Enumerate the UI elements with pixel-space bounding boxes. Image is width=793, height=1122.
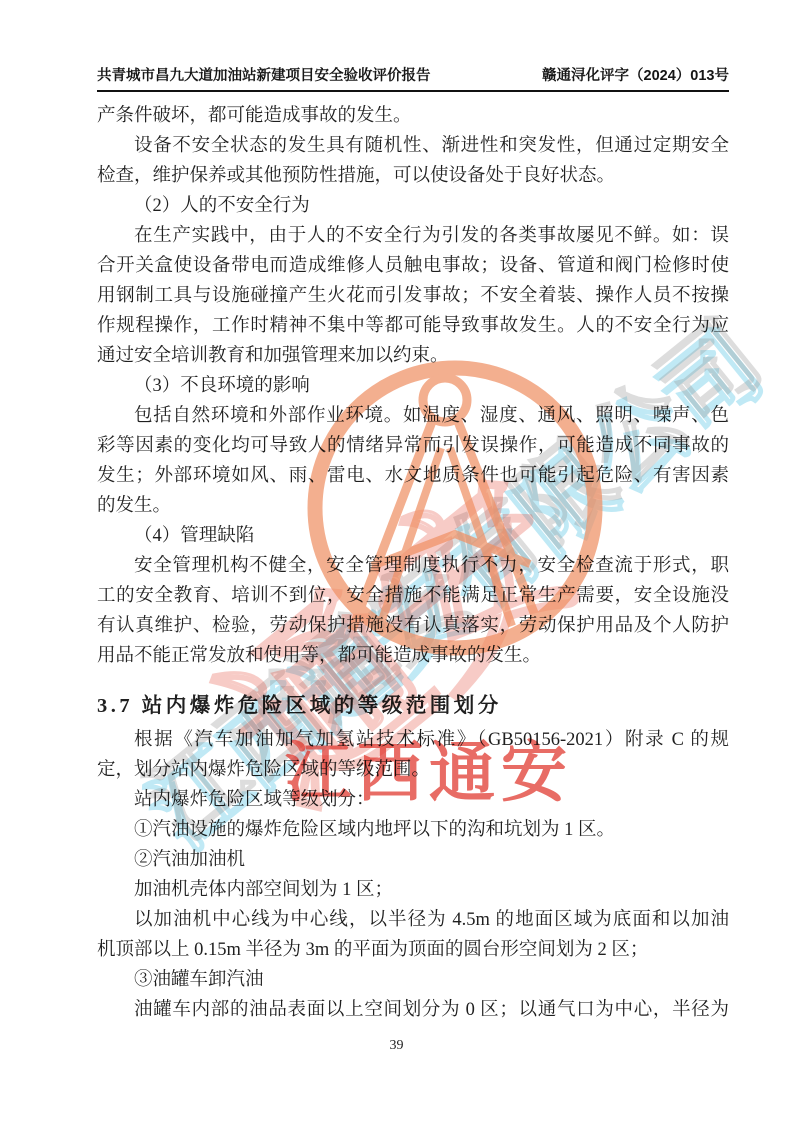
body-line: 彩等因素的变化均可导致人的情绪异常而引发误操作，可能造成不同事故的 [97,431,729,461]
body-line: （4）管理缺陷 [97,521,729,551]
header-report-title: 共青城市昌九大道加油站新建项目安全验收评价报告 [97,64,431,85]
body-line: 通过安全培训教育和加强管理来加以约束。 [97,341,729,371]
body-line: 包括自然环境和外部作业环境。如温度、湿度、通风、照明、噪声、色 [97,401,729,431]
body-line: 用品不能正常发放和使用等，都可能造成事故的发生。 [97,641,729,671]
body-line: ③油罐车卸汽油 [97,965,729,995]
page-header: 共青城市昌九大道加油站新建项目安全验收评价报告 赣通浔化评字（2024）013号 [97,64,729,92]
body-line: （2）人的不安全行为 [97,191,729,221]
body-line: 检查，维护保养或其他预防性措施，可以使设备处于良好状态。 [97,161,729,191]
body-line: 油罐车内部的油品表面以上空间划分为 0 区；以通气口为中心，半径为 [97,995,729,1025]
body-line: 机顶部以上 0.15m 半径为 3m 的平面为顶面的圆台形空间划为 2 区； [97,935,729,965]
body-line: 有认真维护、检验，劳动保护措施没有认真落实，劳动保护用品及个人防护 [97,611,729,641]
body-line: 合开关盒使设备带电而造成维修人员触电事故；设备、管道和阀门检修时使 [97,251,729,281]
body-line: 产条件破坏，都可能造成事故的发生。 [97,101,729,131]
body-line: 在生产实践中，由于人的不安全行为引发的各类事故屡见不鲜。如：误 [97,221,729,251]
body-line: 根据《汽车加油加气加氢站技术标准》（GB50156-2021）附录 C 的规 [97,725,729,755]
body-line: 加油机壳体内部空间划为 1 区； [97,875,729,905]
body-line: 的发生。 [97,491,729,521]
body-text: 产条件破坏，都可能造成事故的发生。设备不安全状态的发生具有随机性、渐进性和突发性… [97,101,729,1025]
body-line: 工的安全教育、培训不到位，安全措施不能满足正常生产需要，安全设施没 [97,581,729,611]
header-doc-number: 赣通浔化评字（2024）013号 [542,64,729,85]
body-line: 用钢制工具与设施碰撞产生火花而引发事故；不安全着装、操作人员不按操 [97,281,729,311]
body-line: （3）不良环境的影响 [97,371,729,401]
body-line: 定，划分站内爆炸危险区域的等级范围。 [97,755,729,785]
page-number: 39 [0,1038,793,1054]
report-page: 共青城市昌九大道加油站新建项目安全验收评价报告 赣通浔化评字（2024）013号… [0,0,793,1122]
body-line: ①汽油设施的爆炸危险区域内地坪以下的沟和坑划为 1 区。 [97,815,729,845]
body-line: 设备不安全状态的发生具有随机性、渐进性和突发性，但通过定期安全 [97,131,729,161]
body-line: 站内爆炸危险区域等级划分： [97,785,729,815]
body-line: 发生；外部环境如风、雨、雷电、水文地质条件也可能引起危险、有害因素 [97,461,729,491]
body-line: 作规程操作，工作时精神不集中等都可能导致事故发生。人的不安全行为应 [97,311,729,341]
section-heading: 3.7 站内爆炸危险区域的等级范围划分 [97,689,729,723]
body-line: 以加油机中心线为中心线，以半径为 4.5m 的地面区域为底面和以加油 [97,905,729,935]
body-line: ②汽油加油机 [97,845,729,875]
body-line: 安全管理机构不健全，安全管理制度执行不力，安全检查流于形式，职 [97,551,729,581]
